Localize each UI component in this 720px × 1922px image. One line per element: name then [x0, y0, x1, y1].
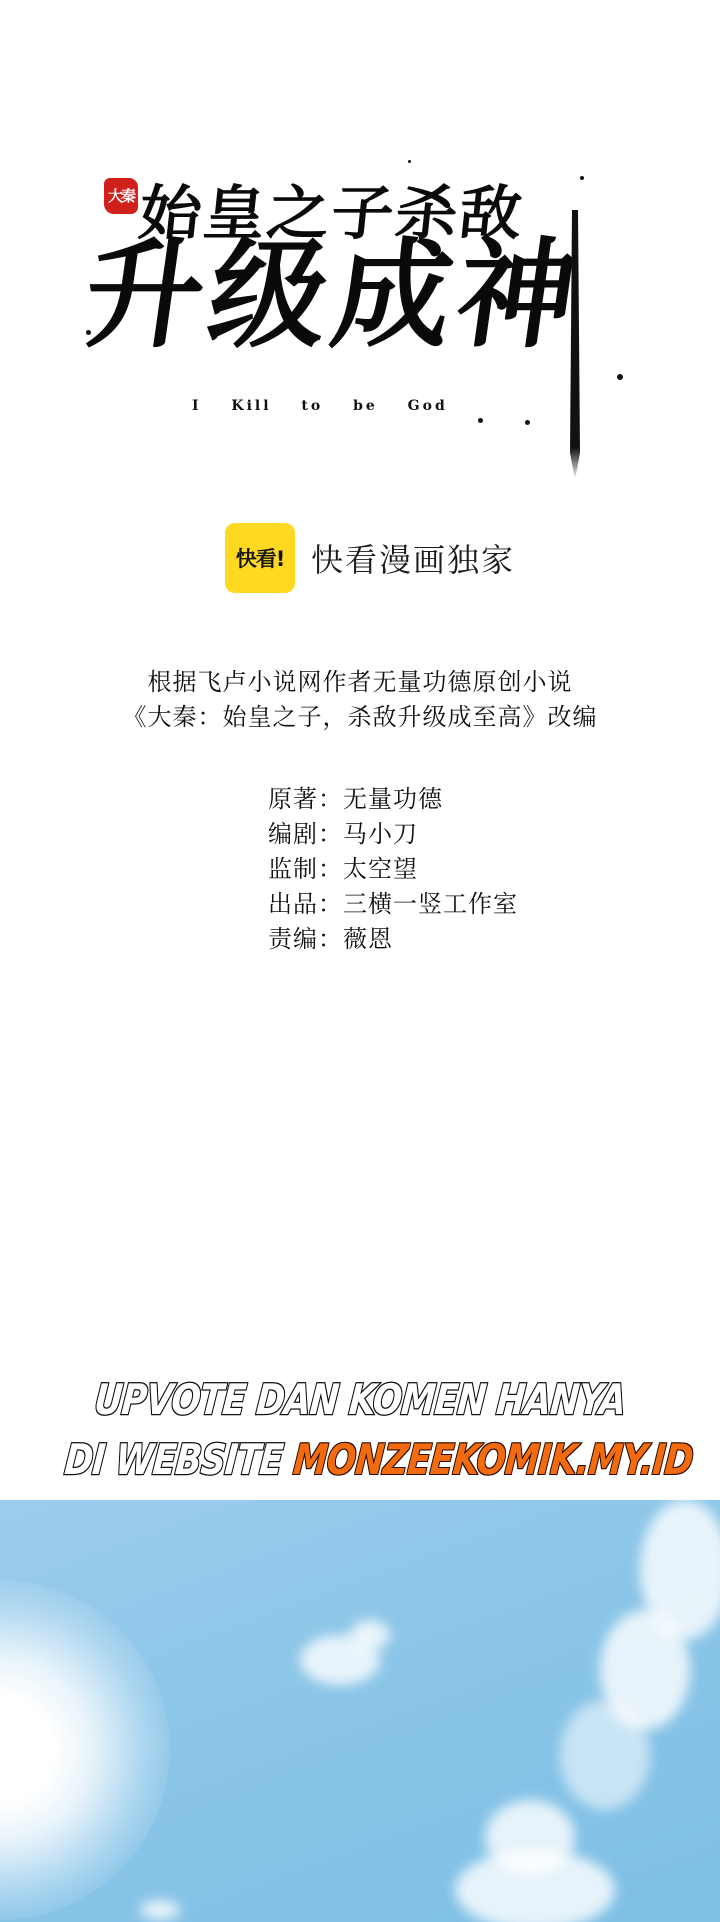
promo-prefix: DI WEBSITE — [63, 1435, 296, 1484]
exclusive-label: 快看漫画独家 — [311, 535, 515, 581]
staff-credits: 原著：无量功德 编剧：马小刀 监制：太空望 出品：三横一竖工作室 责编：薇恩 — [268, 782, 518, 957]
source-line-2: 《大秦：始皇之子，杀敌升级成至高》改编 — [0, 700, 720, 735]
comic-page: 大秦 始皇之子杀敌 升级成神 I Kill to be God 快看! 快看漫画… — [0, 0, 720, 1922]
ink-splatter-decoration — [525, 420, 530, 425]
source-novel-info: 根据飞卢小说网作者无量功德原创小说 《大秦：始皇之子，杀敌升级成至高》改编 — [0, 665, 720, 735]
promo-line-1: UPVOTE DAN KOMEN HANYA — [62, 1370, 658, 1430]
credit-row: 原著：无量功德 — [268, 782, 518, 817]
publisher-exclusive: 快看! 快看漫画独家 — [225, 523, 515, 593]
promo-site-link[interactable]: MONZEEKOMIK.MY.ID — [291, 1435, 694, 1484]
ink-splatter-decoration — [478, 418, 483, 423]
ink-splatter-decoration — [617, 374, 623, 380]
source-line-1: 根据飞卢小说网作者无量功德原创小说 — [0, 665, 720, 700]
cloud — [350, 1620, 390, 1650]
credit-row: 编剧：马小刀 — [268, 817, 518, 852]
promo-banner: UPVOTE DAN KOMEN HANYA DI WEBSITE MONZEE… — [0, 1370, 720, 1490]
cloud — [455, 1850, 615, 1922]
promo-line-2: DI WEBSITE MONZEEKOMIK.MY.ID — [62, 1430, 658, 1490]
credit-row: 出品：三横一竖工作室 — [268, 887, 518, 922]
sun-glow — [0, 1580, 170, 1920]
credit-row: 监制：太空望 — [268, 852, 518, 887]
sky-panel-image — [0, 1500, 720, 1922]
english-title: I Kill to be God — [192, 398, 448, 414]
credit-row: 责编：薇恩 — [268, 922, 518, 957]
ink-splatter-decoration — [408, 160, 411, 163]
red-seal-stamp: 大秦 — [104, 178, 138, 214]
cloud — [560, 1700, 650, 1810]
ink-splatter-decoration — [86, 330, 91, 335]
ink-splatter-decoration — [580, 176, 584, 180]
kuaikan-logo-icon: 快看! — [225, 523, 295, 593]
cloud — [140, 1900, 180, 1920]
title-line-2: 升级成神 — [78, 236, 591, 354]
